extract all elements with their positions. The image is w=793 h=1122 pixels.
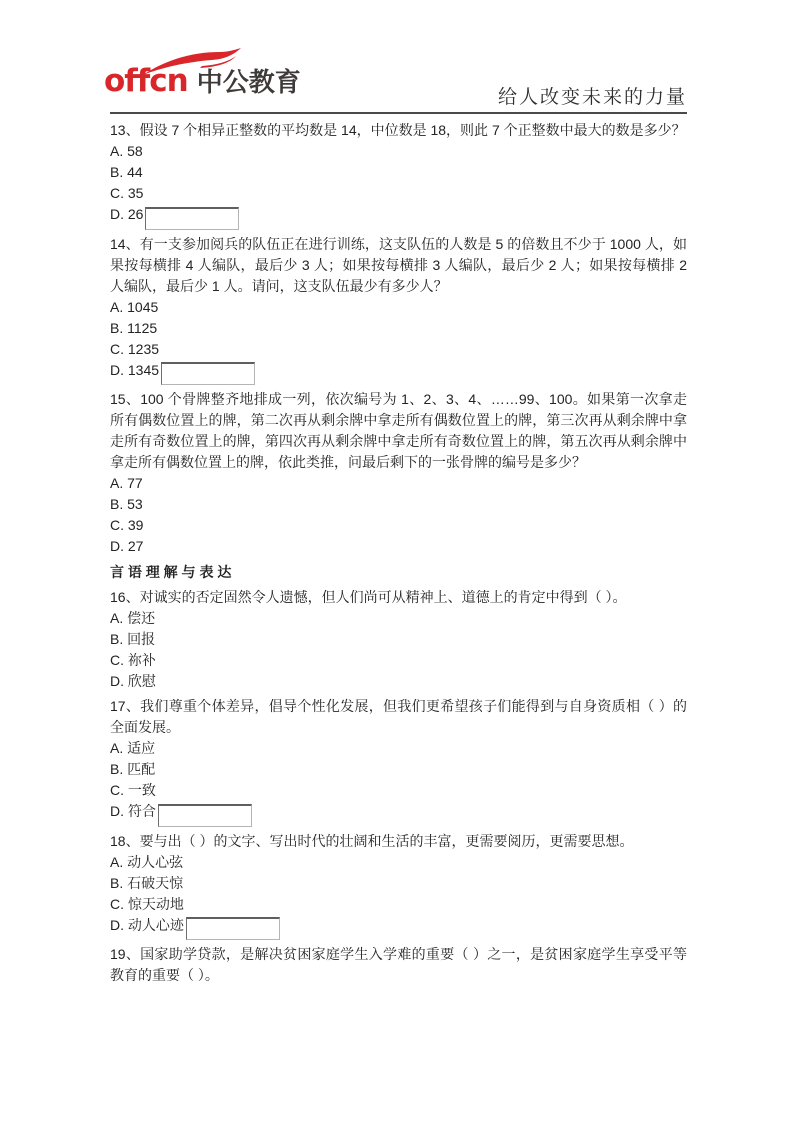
answer-input[interactable]: [186, 917, 280, 940]
option-b: B. 1125: [110, 318, 687, 339]
option-b: B. 53: [110, 494, 687, 515]
exam-page: offcn中公教育 给人改变未来的力量 13、假设 7 个相异正整数的平均数是 …: [0, 0, 793, 1122]
question-19: 19、国家助学贷款，是解决贫困家庭学生入学难的重要（ ）之一，是贫困家庭学生享受…: [110, 944, 687, 986]
logo-swoosh-icon: [142, 48, 242, 76]
option-a: A. 偿还: [110, 608, 687, 629]
option-d: D. 27: [110, 536, 687, 557]
option-d: D. 欣慰: [110, 671, 687, 692]
option-c: C. 1235: [110, 339, 687, 360]
option-d: D. 26: [110, 204, 687, 230]
offcn-logo: offcn中公教育: [104, 62, 301, 99]
option-d: D. 1345: [110, 360, 687, 386]
question-text: 14、有一支参加阅兵的队伍正在进行训练，这支队伍的人数是 5 的倍数且不少于 1…: [110, 234, 687, 297]
questions-area: 13、假设 7 个相异正整数的平均数是 14，中位数是 18，则此 7 个正整数…: [110, 120, 687, 986]
option-d-label: D. 1345: [110, 362, 159, 378]
option-c: C. 一致: [110, 780, 687, 801]
option-b: B. 石破天惊: [110, 873, 687, 894]
option-d: D. 符合: [110, 801, 687, 827]
option-a: A. 适应: [110, 738, 687, 759]
question-16: 16、对诚实的否定固然令人遗憾，但人们尚可从精神上、道德上的肯定中得到（ ）。 …: [110, 587, 687, 692]
option-c: C. 惊天动地: [110, 894, 687, 915]
section-header: 言 语 理 解 与 表 达: [110, 561, 687, 583]
header: offcn中公教育 给人改变未来的力量: [110, 50, 687, 114]
question-text: 18、要与出（ ）的文字、写出时代的壮阔和生活的丰富，更需要阅历，更需要思想。: [110, 831, 687, 852]
question-text: 16、对诚实的否定固然令人遗憾，但人们尚可从精神上、道德上的肯定中得到（ ）。: [110, 587, 687, 608]
answer-input[interactable]: [145, 207, 239, 230]
option-a: A. 77: [110, 473, 687, 494]
question-text: 17、我们尊重个体差异，倡导个性化发展，但我们更希望孩子们能得到与自身资质相（ …: [110, 696, 687, 738]
option-b: B. 匹配: [110, 759, 687, 780]
question-text: 19、国家助学贷款，是解决贫困家庭学生入学难的重要（ ）之一，是贫困家庭学生享受…: [110, 944, 687, 986]
question-text: 13、假设 7 个相异正整数的平均数是 14，中位数是 18，则此 7 个正整数…: [110, 120, 687, 141]
brand-tagline: 给人改变未来的力量: [498, 82, 687, 109]
option-d-label: D. 26: [110, 206, 143, 222]
option-c: C. 39: [110, 515, 687, 536]
question-17: 17、我们尊重个体差异，倡导个性化发展，但我们更希望孩子们能得到与自身资质相（ …: [110, 696, 687, 827]
option-a: A. 动人心弦: [110, 852, 687, 873]
question-13: 13、假设 7 个相异正整数的平均数是 14，中位数是 18，则此 7 个正整数…: [110, 120, 687, 230]
option-d: D. 动人心迹: [110, 915, 687, 941]
option-c: C. 35: [110, 183, 687, 204]
option-d-label: D. 动人心迹: [110, 917, 184, 933]
option-b: B. 44: [110, 162, 687, 183]
question-15: 15、100 个骨牌整齐地排成一列，依次编号为 1、2、3、4、……99、100…: [110, 389, 687, 557]
option-c: C. 祢补: [110, 650, 687, 671]
answer-input[interactable]: [158, 804, 252, 827]
question-14: 14、有一支参加阅兵的队伍正在进行训练，这支队伍的人数是 5 的倍数且不少于 1…: [110, 234, 687, 386]
answer-input[interactable]: [161, 362, 255, 385]
option-d-label: D. 符合: [110, 803, 156, 819]
option-a: A. 1045: [110, 297, 687, 318]
question-18: 18、要与出（ ）的文字、写出时代的壮阔和生活的丰富，更需要阅历，更需要思想。 …: [110, 831, 687, 941]
question-text: 15、100 个骨牌整齐地排成一列，依次编号为 1、2、3、4、……99、100…: [110, 389, 687, 473]
option-a: A. 58: [110, 141, 687, 162]
option-b: B. 回报: [110, 629, 687, 650]
